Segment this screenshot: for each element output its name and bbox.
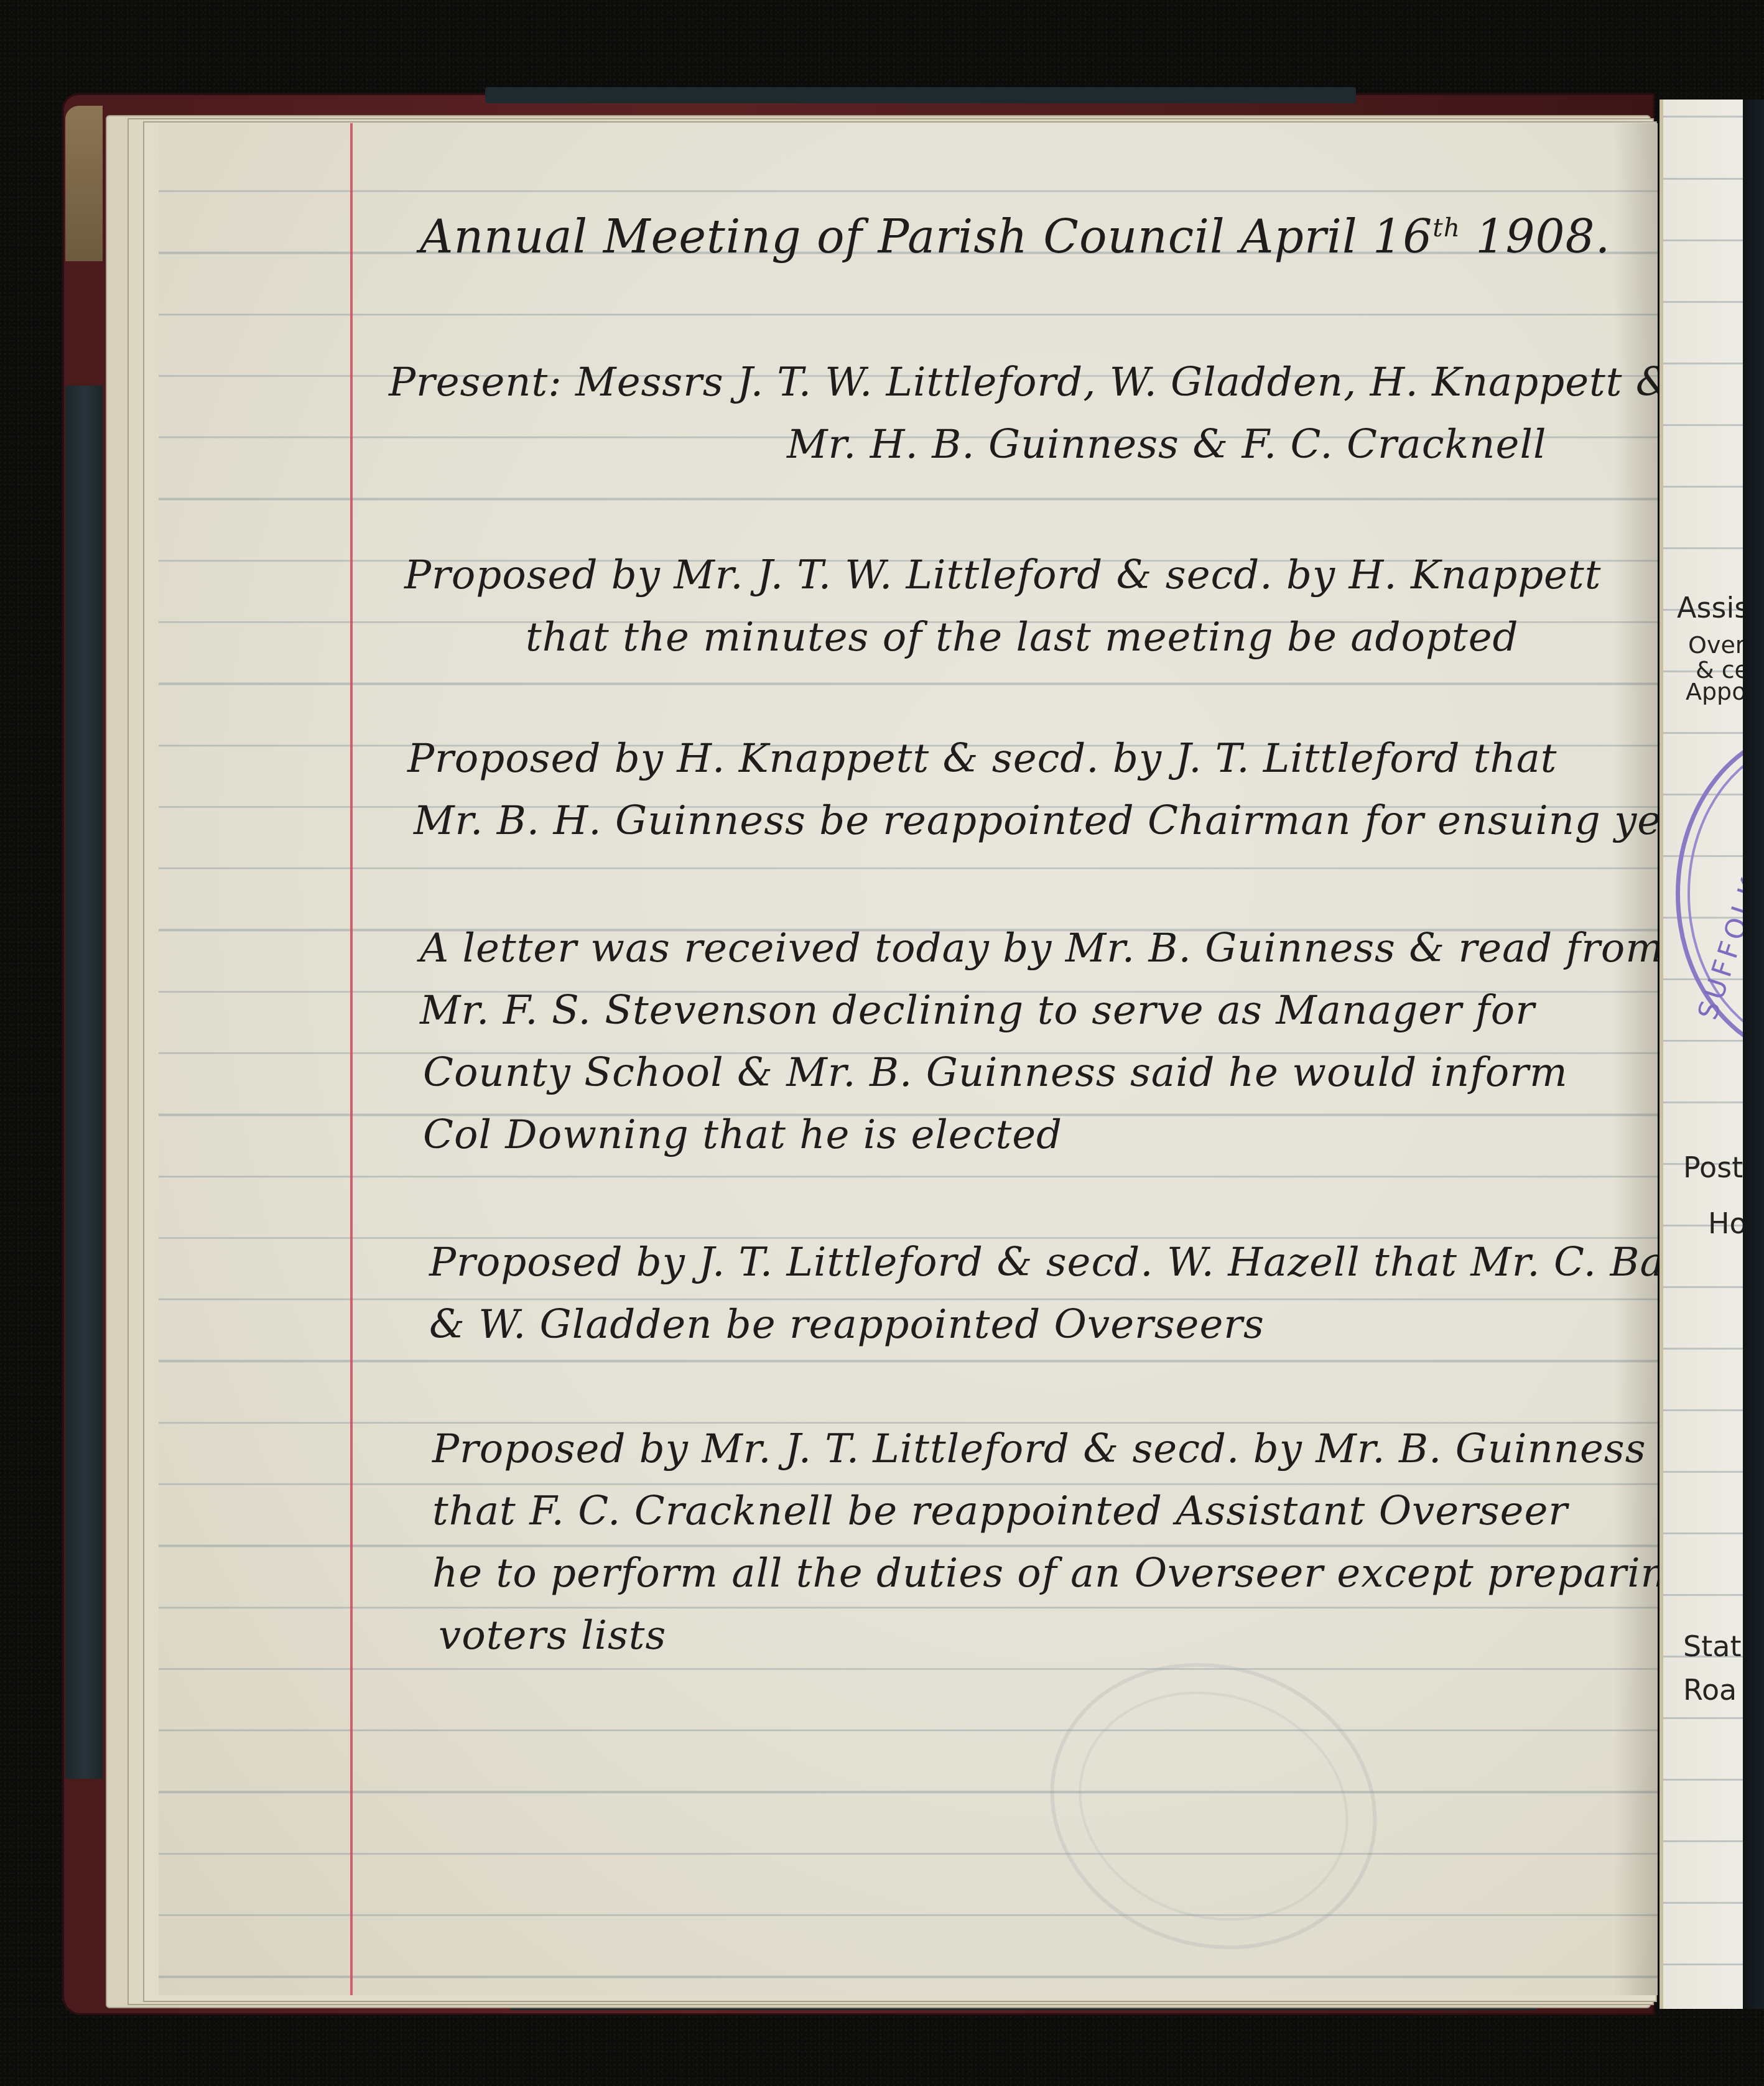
cover-top-band [485,87,1356,103]
margin-note: Appo [1686,678,1747,705]
left-page: Annual Meeting of Parish Council April 1… [159,123,1658,1995]
page-title: Annual Meeting of Parish Council April 1… [420,210,1610,264]
entry-1-line-2: that the minutes of the last meeting be … [526,614,1518,661]
entry-5-line-3: he to perform all the duties of an Overs… [432,1551,1658,1597]
entry-5-line-4: voters lists [439,1613,666,1659]
cover-cloth-strip [65,386,103,1779]
entry-4-line-2: & W. Gladden be reappointed Overseers [429,1302,1265,1348]
entry-5-line-2: that F. C. Cracknell be reappointed Assi… [432,1488,1568,1534]
entry-3-line-1: A letter was received today by Mr. B. Gu… [420,925,1658,971]
entry-3-line-3: County School & Mr. B. Guinness said he … [423,1050,1568,1096]
entry-3-line-2: Mr. F. S. Stevenson declining to serve a… [420,988,1535,1034]
right-edge-shadow [1743,100,1764,2009]
facing-page: Assista Overs & ce Appo SUFFOLK AUDIT DI… [1660,100,1764,2009]
cover-corner-worn [65,106,103,261]
present-line-1: Present: Messrs J. T. W. Littleford, W. … [389,359,1658,406]
entry-3-line-4: Col Downing that he is elected [423,1112,1062,1158]
title-ordinal: th [1432,213,1460,243]
present-line-2: Mr. H. B. Guinness & F. C. Cracknell [787,422,1546,468]
entry-1-line-1: Proposed by Mr. J. T. W. Littleford & se… [404,552,1601,598]
title-year: 1908. [1460,210,1610,264]
red-margin-rule [350,123,353,1995]
entry-4-line-1: Proposed by J. T. Littleford & secd. W. … [429,1240,1658,1286]
entry-2-line-1: Proposed by H. Knappett & secd. by J. T.… [407,736,1557,782]
margin-note: Roa [1683,1673,1737,1707]
entry-2-line-2: Mr. B. H. Guinness be reappointed Chairm… [414,798,1658,844]
entry-5-line-1: Proposed by Mr. J. T. Littleford & secd.… [432,1426,1646,1472]
title-text: Annual Meeting of Parish Council April 1… [420,210,1432,264]
